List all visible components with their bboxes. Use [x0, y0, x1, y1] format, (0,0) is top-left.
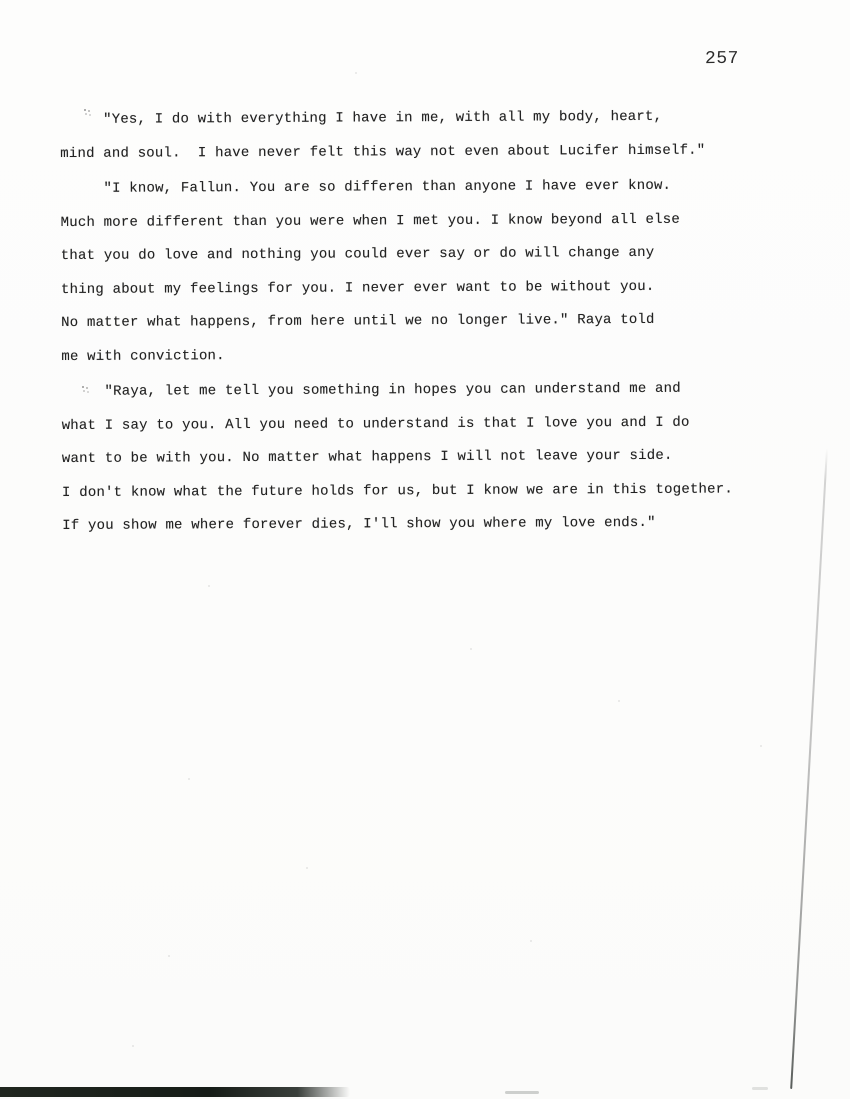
paper-speck: [760, 745, 762, 747]
paragraph-2: "I know, Fallun. You are so differen tha…: [60, 169, 761, 374]
scan-smudge: [505, 1091, 539, 1094]
scan-artifact-line: [790, 448, 828, 1089]
paper-speck: [132, 1045, 134, 1047]
paper-speck: [306, 867, 308, 869]
paper-speck: [618, 700, 620, 702]
scan-smudge: [82, 386, 84, 388]
paper-speck: [530, 940, 532, 942]
scan-smudge: [752, 1087, 768, 1090]
paragraph-1: "Yes, I do with everything I have in me,…: [60, 100, 760, 171]
typewritten-text-block: "Yes, I do with everything I have in me,…: [60, 100, 762, 543]
paper-speck: [470, 648, 472, 650]
paper-speck: [208, 585, 210, 587]
paper-speck: [168, 955, 170, 957]
paper-speck: [355, 72, 357, 74]
page-number: 257: [705, 49, 739, 69]
paragraph-3: "Raya, let me tell you something in hope…: [61, 372, 762, 543]
scanner-edge-band: [0, 1087, 350, 1097]
scanned-manuscript-page: 257 "Yes, I do with everything I have in…: [0, 0, 850, 1099]
scan-smudge: [84, 109, 86, 111]
paper-speck: [188, 778, 190, 780]
